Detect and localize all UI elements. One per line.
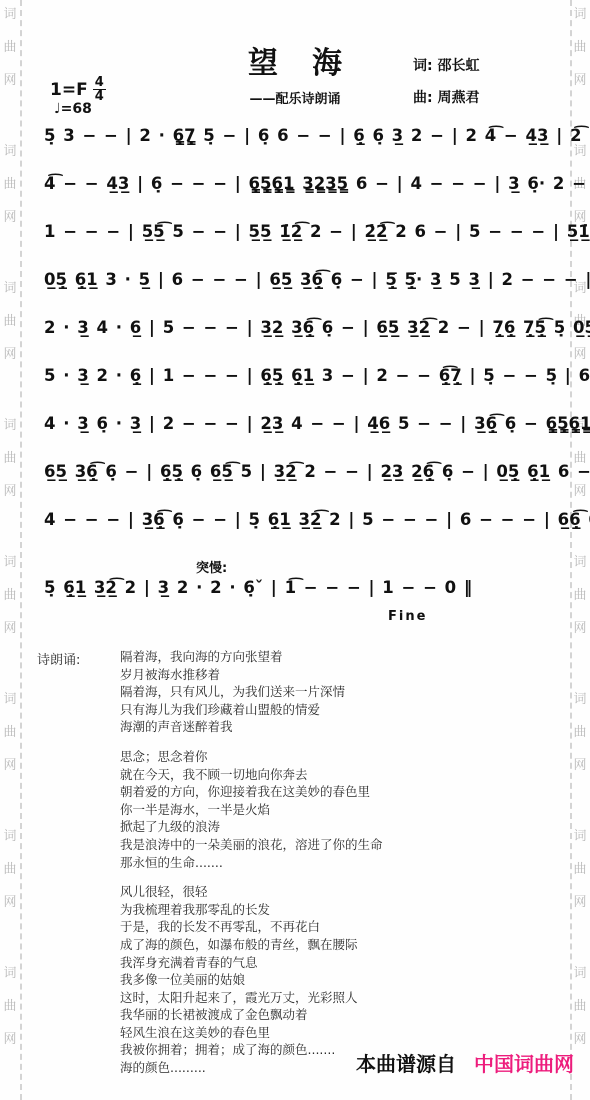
music-line: 5̣ 6̲̣1̲ 3̲2̲͡ 2 | 3̲ 2 · 2 · 6̣ˇ | 1͡ −… bbox=[44, 564, 566, 612]
watermark-char: 曲 bbox=[3, 174, 16, 207]
poem-line: 成了海的颜色，如瀑布般的青丝，飘在腰际 bbox=[120, 936, 574, 954]
music-line: 5 · 3̲ 2 · 6̲̣ | 1 − − − | 6̲̣5̲̣ 6̲̣1̲ … bbox=[44, 352, 566, 400]
music-line: 1 − − − | 5̲5̲͡ 5 − − | 5̲5̲ 1̲̇2̲͡ 2 − … bbox=[44, 208, 566, 256]
watermark-char: 曲 bbox=[573, 859, 586, 892]
watermark-char: 网 bbox=[573, 1029, 586, 1062]
watermark-char: 词 bbox=[573, 552, 586, 585]
music-line: 0̲5̲̣ 6̲̣1̲ 3 · 5̲ | 6 − − − | 6̲5̲ 3̲6̲… bbox=[44, 256, 566, 304]
poem-line: 只有海儿为我们珍藏着山盟般的情爱 bbox=[120, 701, 574, 719]
poem-line: 朝着爱的方向，你迎接着我在这美妙的春色里 bbox=[120, 783, 574, 801]
watermark-char: 曲 bbox=[573, 722, 586, 755]
poem-line: 我多像一位美丽的姑娘 bbox=[120, 971, 574, 989]
watermark-char: 词 bbox=[573, 4, 586, 37]
poem-line: 风儿很轻，很轻 bbox=[120, 883, 574, 901]
watermark-char: 网 bbox=[3, 892, 16, 925]
poem-stanza: 思念；思念着你就在今天，我不顾一切地向你奔去朝着爱的方向，你迎接着我在这美妙的春… bbox=[120, 748, 574, 871]
music-line: 2 · 3̲ 4 · 6̲ | 5 − − − | 3̲2̲ 3̲6̲̣͡ 6̣… bbox=[44, 304, 566, 352]
poem-section: 诗朗诵: 隔着海，我向海的方向张望着岁月被海水推移着隔着海，只有风儿，为我们送来… bbox=[37, 648, 574, 1077]
music-line: 6̲5̲ 3̲6̲̣͡ 6̣ − | 6̲̣5̲̣ 6̣ 6̲5̲͡ 5 | 3… bbox=[44, 448, 566, 496]
poem-line: 海潮的声音迷醉着我 bbox=[120, 718, 574, 736]
tempo-change-label: 突慢: bbox=[196, 557, 227, 576]
poem-line: 隔着海，我向海的方向张望着 bbox=[120, 648, 574, 666]
source-note: 本曲谱源自 中国词曲网 bbox=[356, 1048, 574, 1077]
watermark-char: 词 bbox=[573, 689, 586, 722]
watermark-char: 词 bbox=[3, 278, 16, 311]
watermark-char: 曲 bbox=[3, 585, 16, 618]
watermark-char: 词 bbox=[3, 826, 16, 859]
watermark-char: 网 bbox=[3, 755, 16, 788]
watermark-char: 词 bbox=[3, 4, 16, 37]
music-line: 4 − − − | 3̲6̲̣͡ 6̣ − − | 5̣ 6̲̣1̲ 3̲2̲͡… bbox=[44, 496, 566, 544]
music-line: 4͡ − − 4̲3̲ | 6̣ − − − | 6̳̣5̳̣6̳̣1̳ 3̳2… bbox=[44, 160, 566, 208]
poem-line: 岁月被海水推移着 bbox=[120, 666, 574, 684]
watermark-char: 曲 bbox=[3, 311, 16, 344]
watermark-char: 词 bbox=[573, 826, 586, 859]
watermark-char: 网 bbox=[3, 618, 16, 651]
poem-line: 我浑身充满着青春的气息 bbox=[120, 954, 574, 972]
key-signature: 1=F 4 4 bbox=[50, 76, 106, 103]
watermark-char: 网 bbox=[3, 207, 16, 240]
source-prefix: 本曲谱源自 bbox=[356, 1048, 456, 1077]
key-label: 1=F bbox=[50, 80, 88, 100]
watermark-char: 词 bbox=[573, 963, 586, 996]
watermark-char: 曲 bbox=[3, 859, 16, 892]
meter-denominator: 4 bbox=[93, 90, 106, 103]
site-name[interactable]: 中国词曲网 bbox=[474, 1048, 574, 1077]
poem-line: 于是，我的长发不再零乱，不再花白 bbox=[120, 918, 574, 936]
poem-line: 隔着海，只有风儿，为我们送来一片深情 bbox=[120, 683, 574, 701]
watermark-column-left: 词曲网词曲网词曲网词曲网词曲网词曲网词曲网词曲网 bbox=[2, 4, 18, 1100]
poem-line: 我华丽的长裙被渡成了金色飘动着 bbox=[120, 1006, 574, 1024]
watermark-char: 网 bbox=[573, 618, 586, 651]
poem-line: 你一半是海水，一半是火焰 bbox=[120, 801, 574, 819]
time-signature: 4 4 bbox=[93, 76, 106, 103]
watermark-char: 曲 bbox=[3, 722, 16, 755]
poem-stanza: 隔着海，我向海的方向张望着岁月被海水推移着隔着海，只有风儿，为我们送来一片深情只… bbox=[120, 648, 574, 736]
watermark-char: 曲 bbox=[3, 448, 16, 481]
watermark-char: 网 bbox=[573, 892, 586, 925]
watermark-char: 词 bbox=[3, 689, 16, 722]
music-line: 5̣ 3 − − | 2 · 6̳̣7̳̣ 5̣ − | 6̣ 6 − − | … bbox=[44, 112, 566, 160]
poem-stanzas: 隔着海，我向海的方向张望着岁月被海水推移着隔着海，只有风儿，为我们送来一片深情只… bbox=[120, 648, 574, 1077]
watermark-char: 曲 bbox=[3, 996, 16, 1029]
poem-label: 诗朗诵: bbox=[37, 649, 80, 668]
lyricist-credit: 词: 邵长虹 bbox=[413, 55, 479, 75]
poem-line: 那永恒的生命....... bbox=[120, 854, 574, 872]
poem-line: 掀起了九级的浪涛 bbox=[120, 818, 574, 836]
watermark-char: 网 bbox=[573, 755, 586, 788]
poem-line: 这时，太阳升起来了，霞光万丈，光彩照人 bbox=[120, 989, 574, 1007]
watermark-char: 词 bbox=[573, 141, 586, 174]
watermark-char: 网 bbox=[3, 1029, 16, 1062]
music-notation: 5̣ 3 − − | 2 · 6̳̣7̳̣ 5̣ − | 6̣ 6 − − | … bbox=[44, 112, 566, 612]
poem-line: 我是浪涛中的一朵美丽的浪花，溶进了你的生命 bbox=[120, 836, 574, 854]
watermark-column-right: 词曲网词曲网词曲网词曲网词曲网词曲网词曲网词曲网 bbox=[572, 4, 588, 1100]
poem-line: 为我梳理着我那零乱的长发 bbox=[120, 901, 574, 919]
watermark-char: 词 bbox=[3, 415, 16, 448]
score-sheet: 词曲网词曲网词曲网词曲网词曲网词曲网词曲网词曲网 词曲网词曲网词曲网词曲网词曲网… bbox=[0, 0, 590, 1100]
watermark-char: 词 bbox=[3, 141, 16, 174]
watermark-char: 网 bbox=[3, 344, 16, 377]
watermark-divider-left bbox=[20, 0, 22, 1100]
meter-numerator: 4 bbox=[93, 76, 106, 90]
watermark-char: 曲 bbox=[573, 996, 586, 1029]
music-line: 4 · 3̲ 6̣ · 3̲ | 2 − − − | 2̲3̲ 4 − − | … bbox=[44, 400, 566, 448]
poem-line: 就在今天，我不顾一切地向你奔去 bbox=[120, 766, 574, 784]
watermark-char: 网 bbox=[3, 481, 16, 514]
poem-line: 轻风生浪在这美妙的春色里 bbox=[120, 1024, 574, 1042]
watermark-char: 词 bbox=[3, 552, 16, 585]
watermark-char: 曲 bbox=[573, 585, 586, 618]
poem-line: 思念；思念着你 bbox=[120, 748, 574, 766]
fine-label: Fine bbox=[388, 609, 427, 624]
watermark-char: 词 bbox=[3, 963, 16, 996]
